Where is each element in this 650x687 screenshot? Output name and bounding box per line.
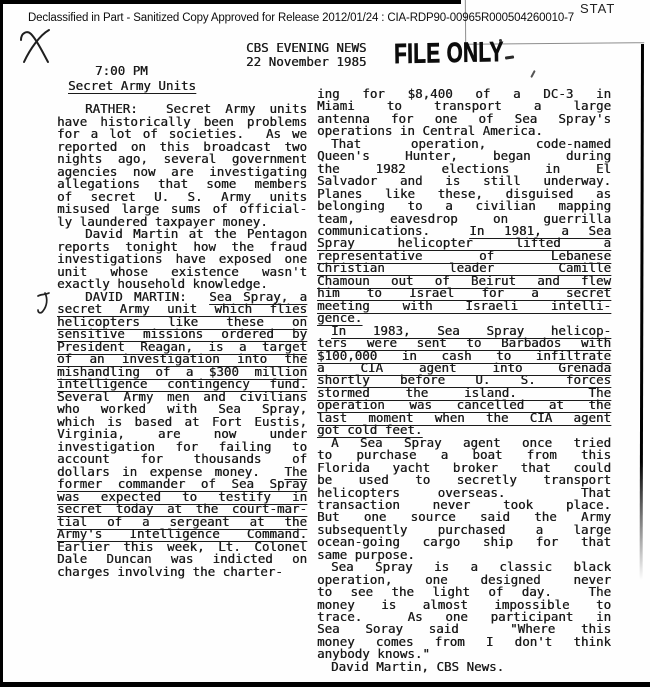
- scan-bottom-edge: [0, 682, 650, 687]
- file-only-stamp: FILE ONLY: [394, 38, 504, 68]
- document-page: STAT Declassified in Part - Sanitized Co…: [0, 0, 650, 687]
- handwritten-k-mark: [18, 27, 54, 65]
- scan-left-edge: [0, 0, 3, 687]
- transcript-column-left: RATHER: Secret Army unitshave historical…: [57, 103, 307, 578]
- segment-title: Secret Army Units: [68, 78, 196, 93]
- program-name: CBS EVENING NEWS: [246, 41, 366, 55]
- scan-artifact-line: [640, 44, 644, 580]
- scan-top-edge: [0, 0, 461, 4]
- handwritten-margin-mark: [36, 291, 52, 317]
- program-heading: CBS EVENING NEWS 22 November 1985: [246, 41, 366, 68]
- stamp-ink-dot: [499, 39, 502, 42]
- air-time: 7:00 PM: [95, 63, 148, 78]
- stamp-ink-tick: [530, 70, 536, 78]
- stat-label: STAT: [580, 1, 615, 16]
- program-date: 22 November 1985: [246, 55, 366, 69]
- transcript-line: David Martin, CBS News.: [317, 661, 611, 673]
- transcript-column-right: ing for $8,400 of a DC-3 inMiami to tran…: [317, 88, 611, 673]
- declassification-line: Declassified in Part - Sanitized Copy Ap…: [28, 12, 574, 24]
- stamp-ink-dash: [505, 55, 514, 59]
- transcript-line: charges involving the charter-: [57, 566, 307, 579]
